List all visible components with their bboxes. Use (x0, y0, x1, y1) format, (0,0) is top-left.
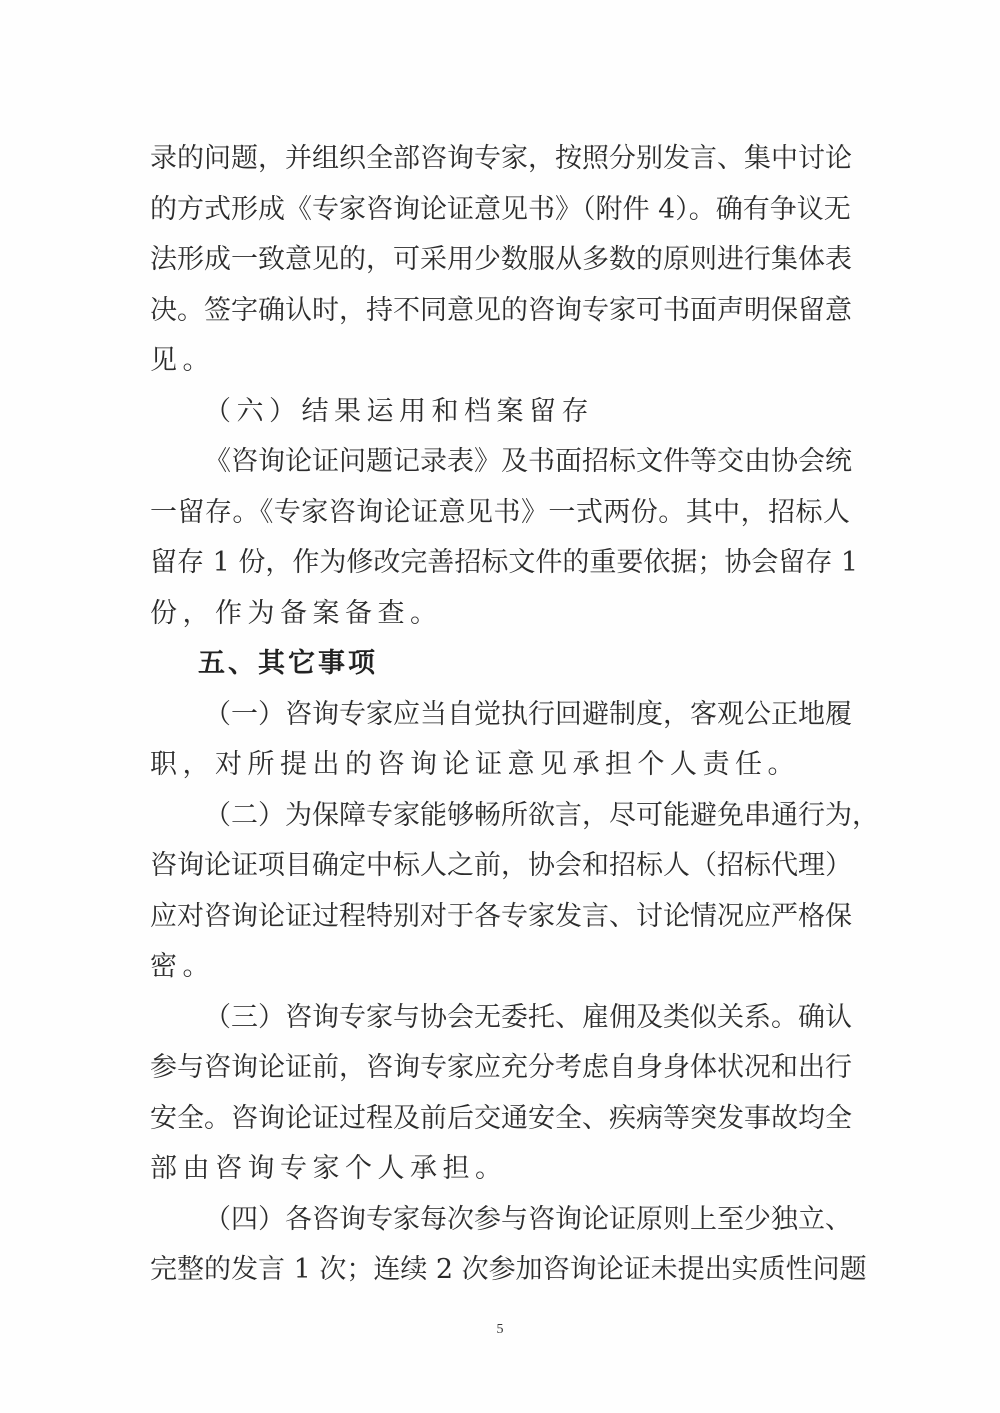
page-body: 录的问题，并组织全部咨询专家，按照分别发言、集中讨论 的方式形成《专家咨询论证意… (150, 134, 850, 1296)
text-line: 《咨询论证问题记录表》及书面招标文件等交由协会统 (150, 437, 850, 488)
text-line: （四）各咨询专家每次参与咨询论证原则上至少独立、 (150, 1195, 850, 1246)
text-line: 密。 (150, 942, 850, 993)
text-line: 应对咨询论证过程特别对于各专家发言、讨论情况应严格保 (150, 892, 850, 943)
text-line: 职，对所提出的咨询论证意见承担个人责任。 (150, 740, 850, 791)
paragraph-continuation: 录的问题，并组织全部咨询专家，按照分别发言、集中讨论 的方式形成《专家咨询论证意… (150, 134, 850, 387)
text-line: 法形成一致意见的，可采用少数服从多数的原则进行集体表 (150, 235, 850, 286)
text-line: 一留存。《专家咨询论证意见书》一式两份。其中，招标人 (150, 488, 850, 539)
text-line: （三）咨询专家与协会无委托、雇佣及类似关系。确认 (150, 993, 850, 1044)
text-line: 见。 (150, 336, 850, 387)
text-line: 安全。咨询论证过程及前后交通安全、疾病等突发事故均全 (150, 1094, 850, 1145)
subheading-results-archive: （六）结果运用和档案留存 (150, 387, 850, 438)
text-line: 留存 1 份，作为修改完善招标文件的重要依据；协会留存 1 (150, 538, 850, 589)
paragraph-item-4: （四）各咨询专家每次参与咨询论证原则上至少独立、 完整的发言 1 次；连续 2 … (150, 1195, 850, 1296)
text-line: 完整的发言 1 次；连续 2 次参加咨询论证未提出实质性问题 (150, 1245, 850, 1296)
document-page: 录的问题，并组织全部咨询专家，按照分别发言、集中讨论 的方式形成《专家咨询论证意… (0, 0, 1000, 1413)
text-line: 参与咨询论证前，咨询专家应充分考虑自身身体状况和出行 (150, 1043, 850, 1094)
text-line: 咨询论证项目确定中标人之前，协会和招标人（招标代理） (150, 841, 850, 892)
text-line: 录的问题，并组织全部咨询专家，按照分别发言、集中讨论 (150, 134, 850, 185)
paragraph-item-1: （一）咨询专家应当自觉执行回避制度，客观公正地履 职，对所提出的咨询论证意见承担… (150, 690, 850, 791)
text-line: 份，作为备案备查。 (150, 589, 850, 640)
paragraph-item-2: （二）为保障专家能够畅所欲言，尽可能避免串通行为， 咨询论证项目确定中标人之前，… (150, 791, 850, 993)
section-heading-other-matters: 五、其它事项 (150, 639, 850, 690)
text-line: 部由咨询专家个人承担。 (150, 1144, 850, 1195)
paragraph-item-3: （三）咨询专家与协会无委托、雇佣及类似关系。确认 参与咨询论证前，咨询专家应充分… (150, 993, 850, 1195)
text-line: 决。签字确认时，持不同意见的咨询专家可书面声明保留意 (150, 286, 850, 337)
text-line: 的方式形成《专家咨询论证意见书》（附件 4）。确有争议无 (150, 185, 850, 236)
paragraph-archive: 《咨询论证问题记录表》及书面招标文件等交由协会统 一留存。《专家咨询论证意见书》… (150, 437, 850, 639)
page-number: 5 (0, 1322, 1000, 1338)
text-line: （二）为保障专家能够畅所欲言，尽可能避免串通行为， (150, 791, 850, 842)
text-line: （一）咨询专家应当自觉执行回避制度，客观公正地履 (150, 690, 850, 741)
